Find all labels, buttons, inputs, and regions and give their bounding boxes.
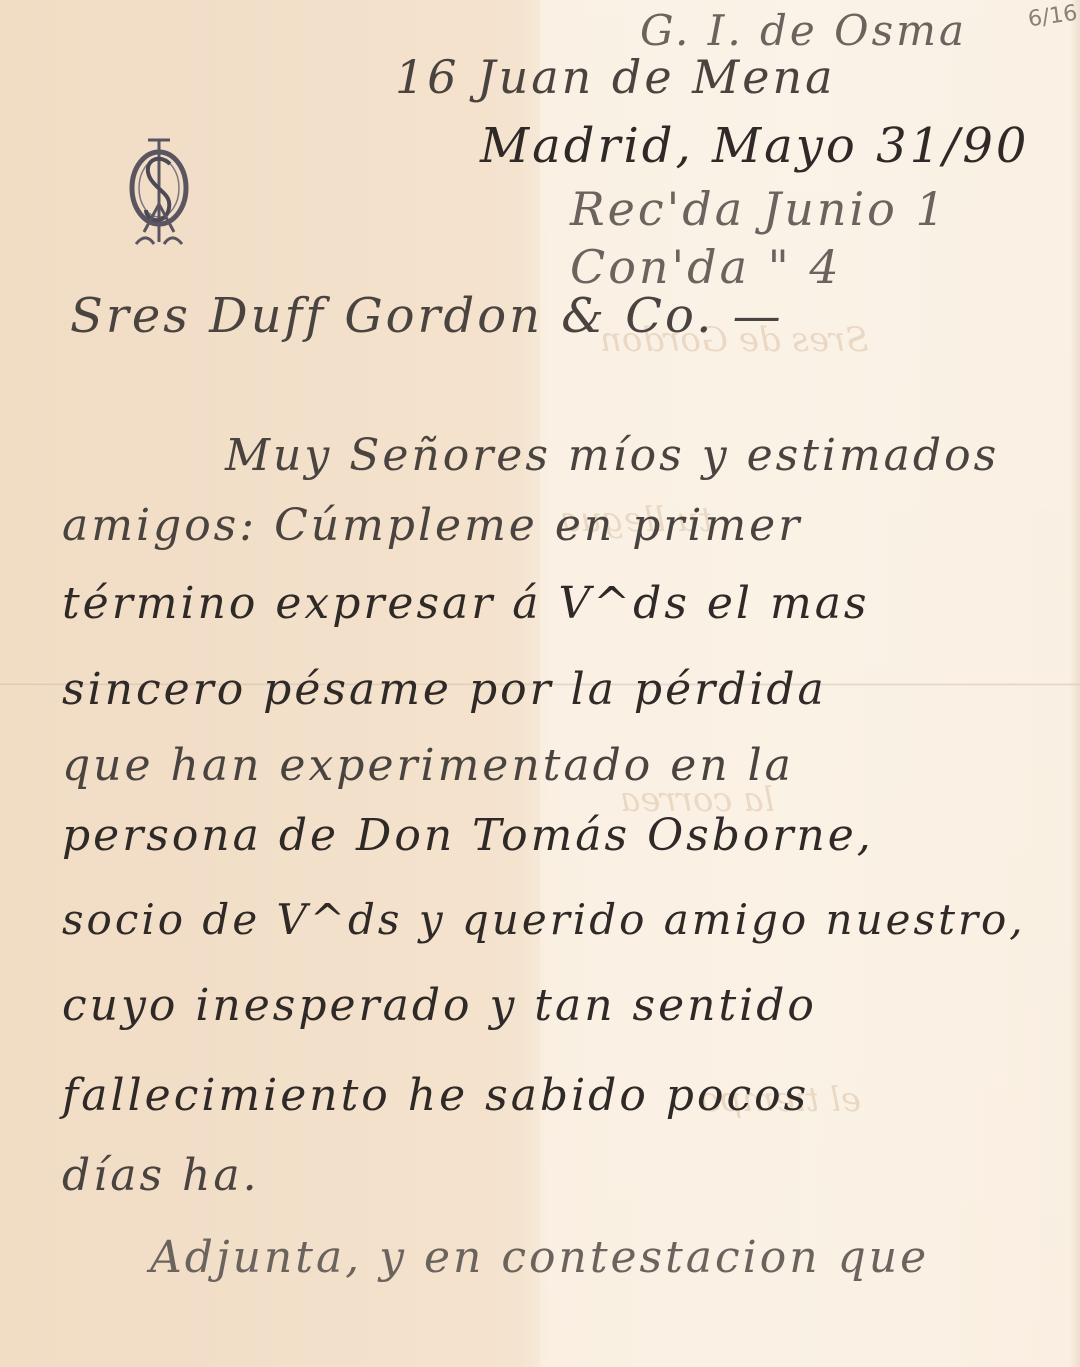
body-line: socio de V^ds y querido amigo nuestro,	[62, 895, 1026, 944]
paper-edge	[1070, 0, 1080, 1367]
body-line: cuyo inesperado y tan sentido	[62, 980, 817, 1031]
addressee-line: Sres Duff Gordon & Co. —	[70, 288, 784, 344]
body-line: fallecimiento he sabido pocos	[62, 1070, 809, 1121]
body-line: sincero pésame por la pérdida	[62, 664, 827, 715]
place-date: Madrid, Mayo 31/90	[480, 118, 1029, 174]
body-line: término expresar á V^ds el mas	[62, 578, 870, 629]
letter-page: Sres de Gordon tu llegua la correa el ti…	[0, 0, 1080, 1367]
received-note: Rec'da Junio 1	[570, 182, 948, 236]
body-line: Adjunta, y en contestacion que	[150, 1232, 929, 1283]
sender-name: G. I. de Osma	[640, 6, 967, 55]
body-line: amigos: Cúmpleme en primer	[62, 500, 802, 551]
sender-address: 16 Juan de Mena	[395, 50, 836, 104]
answered-note: Con'da " 4	[570, 240, 842, 294]
body-line: que han experimentado en la	[62, 740, 794, 791]
body-line: Muy Señores míos y estimados	[225, 430, 999, 481]
body-line: persona de Don Tomás Osborne,	[62, 810, 874, 861]
body-line: días ha.	[62, 1150, 260, 1201]
monogram-icon	[128, 132, 190, 252]
